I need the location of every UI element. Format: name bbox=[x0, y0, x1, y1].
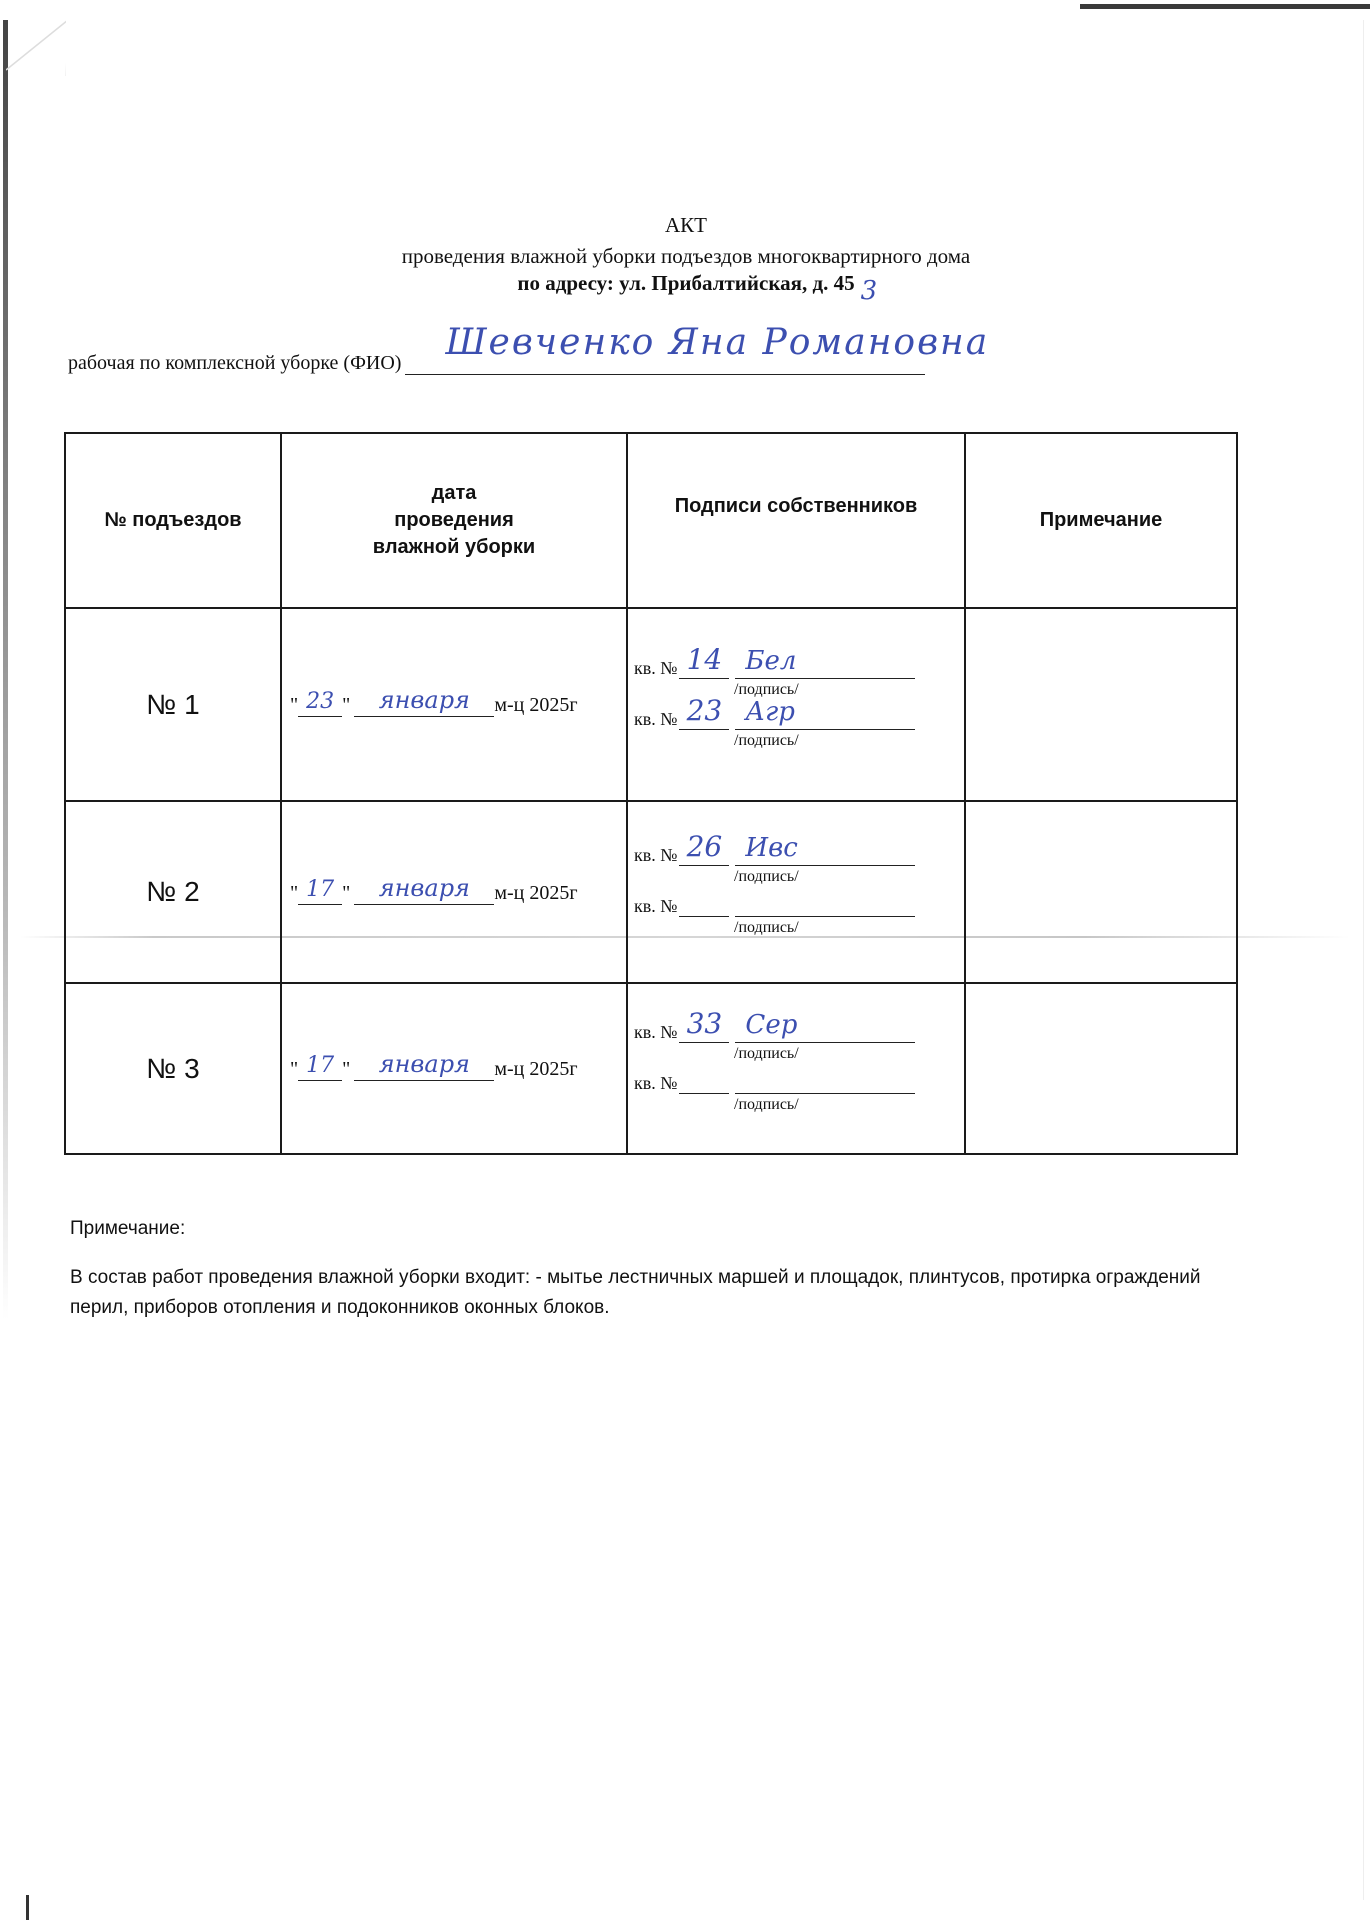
note-cell bbox=[965, 983, 1237, 1154]
owner-signature: Ивс bbox=[745, 833, 915, 863]
table-row: № 1 "23" январям-ц 2025г кв. №14Бел /под… bbox=[65, 608, 1237, 801]
address-correction: 3 bbox=[861, 276, 878, 306]
date-day: 23 bbox=[298, 689, 342, 714]
owner-signature: Бел bbox=[745, 646, 915, 676]
date-suffix: м-ц 2025г bbox=[494, 1058, 577, 1081]
worker-name-line: Шевченко Яна Романовна bbox=[405, 352, 925, 375]
date-month: января bbox=[354, 686, 494, 714]
date-cell: "17" январям-ц 2025г bbox=[281, 801, 627, 983]
notes-body: В состав работ проведения влажной уборки… bbox=[70, 1263, 1250, 1324]
apartment-number: 33 bbox=[679, 1007, 729, 1040]
worker-field: рабочая по комплексной уборке (ФИО) Шевч… bbox=[68, 352, 925, 375]
owner-signature: Агр bbox=[745, 697, 915, 727]
address-text: по адресу: ул. Прибалтийская, д. 45 bbox=[517, 271, 854, 295]
header-note: Примечание bbox=[965, 433, 1237, 608]
apartment-number: 26 bbox=[679, 830, 729, 863]
corner-fold-mark bbox=[6, 18, 66, 78]
owner-signatures-cell: кв. №26Ивс /подпись/ кв. № /подпись/ bbox=[627, 801, 965, 983]
date-cell: "17" январям-ц 2025г bbox=[281, 983, 627, 1154]
table-header-row: № подъездов дата проведения влажной убор… bbox=[65, 433, 1237, 608]
cleaning-log-table: № подъездов дата проведения влажной убор… bbox=[64, 432, 1238, 1155]
entrance-number: № 3 bbox=[65, 983, 281, 1154]
owner-signatures-cell: кв. №14Бел /подпись/ кв. №23Агр /подпись… bbox=[627, 608, 965, 801]
header-date: дата проведения влажной уборки bbox=[281, 433, 627, 608]
worker-name-handwritten: Шевченко Яна Романовна bbox=[445, 322, 989, 363]
owner-signature-entry: кв. №14Бел /подпись/ bbox=[634, 654, 964, 699]
worker-label: рабочая по комплексной уборке (ФИО) bbox=[68, 352, 401, 375]
apartment-number: 14 bbox=[679, 643, 729, 676]
owner-signature-entry: кв. № /подпись/ bbox=[634, 892, 964, 937]
date-day: 17 bbox=[298, 1053, 342, 1078]
scan-top-edge bbox=[1080, 4, 1370, 9]
apartment-number: 23 bbox=[679, 694, 729, 727]
scan-bottom-mark bbox=[26, 1895, 29, 1920]
header-owner-signatures: Подписи собственников bbox=[627, 433, 965, 608]
owner-signatures-cell: кв. №33Сер /подпись/ кв. № /подпись/ bbox=[627, 983, 965, 1154]
document-subtitle: проведения влажной уборки подъездов мног… bbox=[0, 244, 1372, 269]
note-cell bbox=[965, 608, 1237, 801]
date-cell: "23" январям-ц 2025г bbox=[281, 608, 627, 801]
date-month: января bbox=[354, 874, 494, 902]
owner-signature-entry: кв. № /подпись/ bbox=[634, 1069, 964, 1114]
owner-signature-entry: кв. №26Ивс /подпись/ bbox=[634, 841, 964, 886]
date-month: января bbox=[354, 1050, 494, 1078]
owner-signature-entry: кв. №33Сер /подпись/ bbox=[634, 1018, 964, 1063]
document-title: АКТ bbox=[0, 213, 1372, 238]
header-entrance: № подъездов bbox=[65, 433, 281, 608]
date-suffix: м-ц 2025г bbox=[494, 882, 577, 905]
entrance-number: № 2 bbox=[65, 801, 281, 983]
table-row: № 2 "17" январям-ц 2025г кв. №26Ивс /под… bbox=[65, 801, 1237, 983]
date-day: 17 bbox=[298, 877, 342, 902]
notes-title: Примечание: bbox=[70, 1218, 185, 1240]
document-address: по адресу: ул. Прибалтийская, д. 453 bbox=[0, 271, 1372, 296]
owner-signature-entry: кв. №23Агр /подпись/ bbox=[634, 705, 964, 750]
note-cell bbox=[965, 801, 1237, 983]
owner-signature: Сер bbox=[745, 1010, 915, 1040]
scan-right-edge bbox=[1363, 20, 1364, 1900]
date-suffix: м-ц 2025г bbox=[494, 694, 577, 717]
entrance-number: № 1 bbox=[65, 608, 281, 801]
table-row: № 3 "17" январям-ц 2025г кв. №33Сер /под… bbox=[65, 983, 1237, 1154]
